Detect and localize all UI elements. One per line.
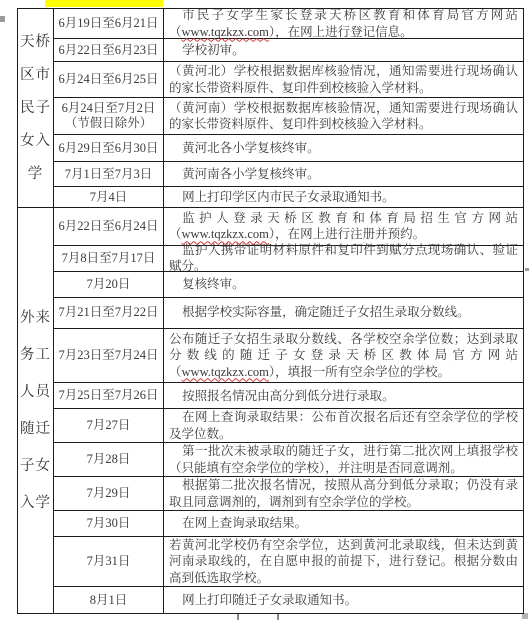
date-text: 6月22日至6月24日 xyxy=(58,219,158,234)
description-text: 市民子女学生家长登录天桥区教育和体育局官方网站（www.tqzkzx.com），… xyxy=(169,7,518,40)
date-text: 7月27日 xyxy=(87,418,131,433)
description-cell: 网上打印随迁子女录取通知书。 xyxy=(164,587,523,613)
schedule-section: 外来务工人员随迁子女入学6月22日至6月24日监护人登录天桥区教育和体育局招生官… xyxy=(18,207,523,613)
enrollment-schedule-table: 天桥区市民子女入学6月19日至6月21日市民子女学生家长登录天桥区教育和体育局官… xyxy=(17,8,524,614)
section-header-line: 子女 xyxy=(20,457,51,476)
description-text: （黄河北）学校根据数据库核验情况，通知需要进行现场确认的家长带资料原件、复印件到… xyxy=(169,63,518,96)
description-text: 根据学校实际容量，确定随迁子女招生录取分数线。 xyxy=(169,304,518,321)
table-row: 7月28日第一批次未被录取的随迁子女，进行第二批次网上填报学校（只能填有空余学位… xyxy=(54,443,523,477)
section-header-line: 区市 xyxy=(20,66,51,85)
table-row: 6月22日至6月23日学校初审。 xyxy=(54,39,523,62)
description-cell: 黄河南各小学复核终审。 xyxy=(164,162,523,186)
date-cell: 7月8日至7月17日 xyxy=(54,246,164,271)
description-cell: 网上打印学区内市民子女录取通知书。 xyxy=(164,187,523,207)
margin-mark-left xyxy=(0,16,5,22)
date-cell: 7月21日至7月22日 xyxy=(54,298,164,328)
description-cell: 在网上查询录取结果：公布首次报名后还有空余学位的学校及学位数。 xyxy=(164,409,523,442)
date-text: 7月25日至7月26日 xyxy=(58,388,158,403)
date-text: 7月28日 xyxy=(87,452,131,467)
date-text: 6月24日至7月2日 xyxy=(62,101,156,116)
section-header-line: 外来 xyxy=(20,309,51,328)
date-text: 7月1日至7月3日 xyxy=(65,167,153,182)
description-text: 在网上查询录取结果。 xyxy=(169,515,518,532)
date-text: 6月19日至6月21日 xyxy=(58,16,158,31)
schedule-section: 天桥区市民子女入学6月19日至6月21日市民子女学生家长登录天桥区教育和体育局官… xyxy=(18,9,523,207)
table-row: 7月1日至7月3日黄河南各小学复核终审。 xyxy=(54,162,523,187)
description-text: （黄河南）学校根据数据库核验情况，通知需要进行现场确认的家长带资料原件、复印件到… xyxy=(169,100,518,133)
date-cell: 7月23日至7月24日 xyxy=(54,329,164,383)
date-text: 7月31日 xyxy=(87,554,131,569)
description-text: 黄河北各小学复核终审。 xyxy=(169,140,518,157)
description-cell: 根据第二批次报名情况，按照从高分到低分录取；仍没有录取且同意调剂的，调剂到有空余… xyxy=(164,477,523,510)
table-row: 6月29日至6月30日黄河北各小学复核终审。 xyxy=(54,135,523,162)
date-text: 6月29日至6月30日 xyxy=(58,141,158,156)
date-cell: 7月28日 xyxy=(54,443,164,476)
table-row: 6月22日至6月24日监护人登录天桥区教育和体育局招生官方网站（www.tqzk… xyxy=(54,208,523,246)
description-cell: 根据学校实际容量，确定随迁子女招生录取分数线。 xyxy=(164,298,523,328)
margin-mark-right xyxy=(525,268,529,271)
date-cell: 7月1日至7月3日 xyxy=(54,162,164,186)
table-row: 7月23日至7月24日公布随迁子女招生录取分数线、各学校空余学位数；达到录取分数… xyxy=(54,329,523,384)
date-text: 7月20日 xyxy=(87,277,131,292)
date-text: 6月22日至6月23日 xyxy=(58,43,158,58)
section-header-line: 入学 xyxy=(20,494,51,513)
date-cell: 6月22日至6月23日 xyxy=(54,39,164,61)
date-cell: 7月29日 xyxy=(54,477,164,510)
section-header: 外来务工人员随迁子女入学 xyxy=(18,208,54,613)
date-cell: 7月30日 xyxy=(54,511,164,536)
description-cell: 黄河北各小学复核终审。 xyxy=(164,135,523,161)
description-cell: 公布随迁子女招生录取分数线、各学校空余学位数；达到录取分数线的随迁子女登录天桥区… xyxy=(164,329,523,383)
date-cell: 8月1日 xyxy=(54,587,164,613)
table-row: 7月30日在网上查询录取结果。 xyxy=(54,511,523,537)
date-cell: 6月22日至6月24日 xyxy=(54,208,164,245)
description-text: 网上打印随迁子女录取通知书。 xyxy=(169,592,518,609)
description-cell: （黄河南）学校根据数据库核验情况，通知需要进行现场确认的家长带资料原件、复印件到… xyxy=(164,98,523,134)
date-cell: 7月31日 xyxy=(54,537,164,586)
date-cell: 7月25日至7月26日 xyxy=(54,383,164,408)
description-cell: 若黄河北学校仍有空余学位，达到黄河北录取线，但未达到黄河南录取线的，在自愿申报的… xyxy=(164,537,523,586)
date-cell: 7月27日 xyxy=(54,409,164,442)
table-row: 6月24日至6月25日（黄河北）学校根据数据库核验情况，通知需要进行现场确认的家… xyxy=(54,62,523,98)
table-row: 7月31日若黄河北学校仍有空余学位，达到黄河北录取线，但未达到黄河南录取线的，在… xyxy=(54,537,523,587)
description-cell: 第一批次未被录取的随迁子女，进行第二批次网上填报学校（只能填有空余学位的学校），… xyxy=(164,443,523,476)
table-row: 7月20日复核终审。 xyxy=(54,272,523,298)
date-cell: 6月19日至6月21日 xyxy=(54,9,164,38)
description-cell: 复核终审。 xyxy=(164,272,523,297)
table-row: 7月4日网上打印学区内市民子女录取通知书。 xyxy=(54,187,523,207)
date-cell: 7月4日 xyxy=(54,187,164,207)
table-row: 7月25日至7月26日按照报名情况由高分到低分进行录取。 xyxy=(54,383,523,409)
description-text: 网上打印学区内市民子女录取通知书。 xyxy=(169,189,518,206)
date-text: 7月21日至7月22日 xyxy=(58,305,158,320)
description-text: 复核终审。 xyxy=(169,276,518,293)
section-header-line: 民子 xyxy=(20,99,51,118)
date-text: 6月24日至6月25日 xyxy=(58,72,158,87)
section-header-line: 天桥 xyxy=(20,33,51,52)
date-cell: 6月29日至6月30日 xyxy=(54,135,164,161)
section-header: 天桥区市民子女入学 xyxy=(18,9,54,207)
description-cell: 按照报名情况由高分到低分进行录取。 xyxy=(164,383,523,408)
description-cell: 市民子女学生家长登录天桥区教育和体育局官方网站（www.tqzkzx.com），… xyxy=(164,9,523,38)
table-row: 7月27日在网上查询录取结果：公布首次报名后还有空余学位的学校及学位数。 xyxy=(54,409,523,443)
section-header-line: 女入 xyxy=(20,132,51,151)
url-text: www.tqzkzx.com xyxy=(182,227,269,241)
description-cell: 监护人携带证明材料原件和复印件到赋分点现场确认、验证赋分。 xyxy=(164,246,523,271)
highlight-strip xyxy=(45,0,163,7)
date-text: 7月29日 xyxy=(87,486,131,501)
description-text: 黄河南各小学复核终审。 xyxy=(169,166,518,183)
description-text: 第一批次未被录取的随迁子女，进行第二批次网上填报学校（只能填有空余学位的学校），… xyxy=(169,443,518,476)
description-text: 若黄河北学校仍有空余学位，达到黄河北录取线，但未达到黄河南录取线的，在自愿申报的… xyxy=(169,537,518,587)
description-cell: （黄河北）学校根据数据库核验情况，通知需要进行现场确认的家长带资料原件、复印件到… xyxy=(164,62,523,97)
description-text: 监护人携带证明材料原件和复印件到赋分点现场确认、验证赋分。 xyxy=(169,242,518,275)
date-cell: 6月24日至6月25日 xyxy=(54,62,164,97)
url-text: www.tqzkzx.com xyxy=(182,365,269,379)
date-note: （节假日除外） xyxy=(65,116,153,131)
description-cell: 在网上查询录取结果。 xyxy=(164,511,523,536)
table-row: 6月24日至7月2日（节假日除外）（黄河南）学校根据数据库核验情况，通知需要进行… xyxy=(54,98,523,135)
date-cell: 6月24日至7月2日（节假日除外） xyxy=(54,98,164,134)
date-text: 7月4日 xyxy=(90,190,128,205)
date-text: 7月8日至7月17日 xyxy=(62,251,156,266)
table-row: 7月8日至7月17日监护人携带证明材料原件和复印件到赋分点现场确认、验证赋分。 xyxy=(54,246,523,272)
date-text: 8月1日 xyxy=(90,593,128,608)
description-text: 按照报名情况由高分到低分进行录取。 xyxy=(169,388,518,405)
date-cell: 7月20日 xyxy=(54,272,164,297)
description-cell: 学校初审。 xyxy=(164,39,523,61)
table-row: 8月1日网上打印随迁子女录取通知书。 xyxy=(54,587,523,613)
description-text: 在网上查询录取结果：公布首次报名后还有空余学位的学校及学位数。 xyxy=(169,409,518,442)
date-text: 7月30日 xyxy=(87,516,131,531)
description-text: 根据第二批次报名情况，按照从高分到低分录取；仍没有录取且同意调剂的，调剂到有空余… xyxy=(169,477,518,510)
table-row: 6月19日至6月21日市民子女学生家长登录天桥区教育和体育局官方网站（www.t… xyxy=(54,9,523,39)
url-text: www.tqzkzx.com xyxy=(182,25,269,39)
table-row: 7月29日根据第二批次报名情况，按照从高分到低分录取；仍没有录取且同意调剂的，调… xyxy=(54,477,523,511)
description-text: 公布随迁子女招生录取分数线、各学校空余学位数；达到录取分数线的随迁子女登录天桥区… xyxy=(169,331,518,381)
section-header-line: 学 xyxy=(28,165,44,184)
description-text: 学校初审。 xyxy=(169,42,518,59)
section-header-line: 人员 xyxy=(20,383,51,402)
section-header-line: 务工 xyxy=(20,346,51,365)
date-text: 7月23日至7月24日 xyxy=(58,348,158,363)
document-page: 天桥区市民子女入学6月19日至6月21日市民子女学生家长登录天桥区教育和体育局官… xyxy=(0,0,529,620)
description-cell: 监护人登录天桥区教育和体育局招生官方网站（www.tqzkzx.com），在网上… xyxy=(164,208,523,245)
table-row: 7月21日至7月22日根据学校实际容量，确定随迁子女招生录取分数线。 xyxy=(54,298,523,329)
section-header-line: 随迁 xyxy=(20,420,51,439)
description-text: 监护人登录天桥区教育和体育局招生官方网站（www.tqzkzx.com），在网上… xyxy=(169,210,518,243)
